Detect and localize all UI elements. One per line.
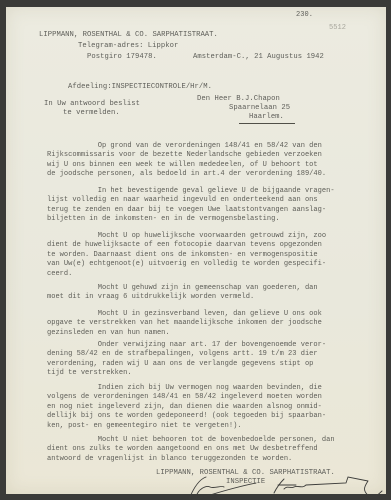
letterhead-postgiro: Postgiro 179478. bbox=[87, 53, 157, 63]
recipient-city: Haarlem. bbox=[239, 113, 295, 124]
paragraph-line: antwoord de vragenlijst in blanco terugg… bbox=[47, 455, 335, 464]
handwritten-signatures bbox=[186, 475, 386, 500]
paragraph-line: tijd te verstrekken. bbox=[47, 369, 326, 378]
paragraph-line: Mocht U niet behooren tot de bovenbedoel… bbox=[47, 436, 335, 445]
paragraph-line: Onder verwijzing naar art. 17 der boveng… bbox=[47, 341, 326, 350]
paragraph-line: Op grond van de verordeningen 148/41 en … bbox=[47, 142, 326, 151]
reference-note-line-2: te vermelden. bbox=[63, 109, 120, 119]
paragraph-line: Mocht U op huwelijksche voorwaarden getr… bbox=[47, 232, 326, 241]
signature-right bbox=[274, 477, 382, 497]
paragraph-line: Indien zich bij Uw vermogen nog waarden … bbox=[47, 384, 326, 393]
paragraph-line: en nog niet ingeleverd zijn, dan dienen … bbox=[47, 403, 326, 412]
letter-date: Amsterdam-C., 21 Augustus 1942 bbox=[193, 53, 324, 63]
paragraph-line: te worden. Daarnaast dient ons de inkoms… bbox=[47, 251, 326, 260]
paragraph-line: gezinsleden en van hun namen. bbox=[47, 329, 322, 338]
body-paragraph-2: In het bevestigende geval gelieve U de b… bbox=[47, 187, 335, 225]
body-paragraph-8: Mocht U niet behooren tot de bovenbedoel… bbox=[47, 436, 335, 464]
department-label: Afdeeling: bbox=[68, 83, 112, 91]
pencil-archive-note: 5512 bbox=[329, 24, 346, 34]
paragraph-line: Mocht U gehuwd zijn in gemeenschap van g… bbox=[47, 284, 318, 293]
body-paragraph-4: Mocht U gehuwd zijn in gemeenschap van g… bbox=[47, 284, 318, 303]
paragraph-line: In het bevestigende geval gelieve U de b… bbox=[47, 187, 335, 196]
body-paragraph-5: Mocht U in gezinsverband leven, dan geli… bbox=[47, 310, 322, 338]
department-line: Afdeeling:INSPECTIECONTROLE/Hr/M. bbox=[68, 83, 212, 93]
letterhead-telegram: Telegram-adres: Lippkor bbox=[78, 42, 178, 52]
page-number: 230. bbox=[296, 11, 313, 21]
letterhead-company: LIPPMANN, ROSENTHAL & CO. SARPHATISTRAAT… bbox=[39, 31, 218, 41]
letter-page: 230. 5512 LIPPMANN, ROSENTHAL & CO. SARP… bbox=[6, 7, 386, 494]
paragraph-line: opgave te verstrekken van het maandelijk… bbox=[47, 319, 322, 328]
paragraph-line: dient de huwelijksacte of een fotocopie … bbox=[47, 241, 326, 250]
paragraph-line: van Uw(e) echtgenoot(e) uitvoerig en vol… bbox=[47, 260, 326, 269]
paragraph-line: Rijkscommissaris voor de bezette Nederla… bbox=[47, 151, 326, 160]
paragraph-line: ceerd. bbox=[47, 270, 326, 279]
body-paragraph-1: Op grond van de verordeningen 148/41 en … bbox=[47, 142, 326, 180]
paragraph-line: biljetten in de inkomsten- en in de verm… bbox=[47, 215, 335, 224]
paragraph-line: dient ons zulks te worden aangetoond en … bbox=[47, 445, 335, 454]
paragraph-line: verordening, raden wij U aan ons de verl… bbox=[47, 360, 326, 369]
department-value: INSPECTIECONTROLE/Hr/M. bbox=[112, 83, 212, 91]
paragraph-line: dellijk bij ons te worden gedeponeerd! (… bbox=[47, 412, 326, 421]
paragraph-line: de joodsche personen, als bedoeld in art… bbox=[47, 170, 326, 179]
paragraph-line: Mocht U in gezinsverband leven, dan geli… bbox=[47, 310, 322, 319]
body-paragraph-7: Indien zich bij Uw vermogen nog waarden … bbox=[47, 384, 326, 431]
paragraph-line: moet dit in vraag 6 uitdrukkelijk worden… bbox=[47, 293, 318, 302]
paragraph-line: dening 58/42 en de strafbepalingen, volg… bbox=[47, 350, 326, 359]
paragraph-line: volgens de verordeningen 148/41 en 58/42… bbox=[47, 393, 326, 402]
paragraph-line: wij U ons binnen een week te willen mede… bbox=[47, 161, 326, 170]
paragraph-line: terug te zenden en daar bij te voegen Uw… bbox=[47, 206, 335, 215]
body-paragraph-3: Mocht U op huwelijksche voorwaarden getr… bbox=[47, 232, 326, 279]
paragraph-line: lijst volledig en naar waarheid ingevuld… bbox=[47, 196, 335, 205]
body-paragraph-6: Onder verwijzing naar art. 17 der boveng… bbox=[47, 341, 326, 379]
paragraph-line: ken, post- en gemeentegiro niet te verge… bbox=[47, 422, 326, 431]
signature-left bbox=[189, 477, 256, 500]
